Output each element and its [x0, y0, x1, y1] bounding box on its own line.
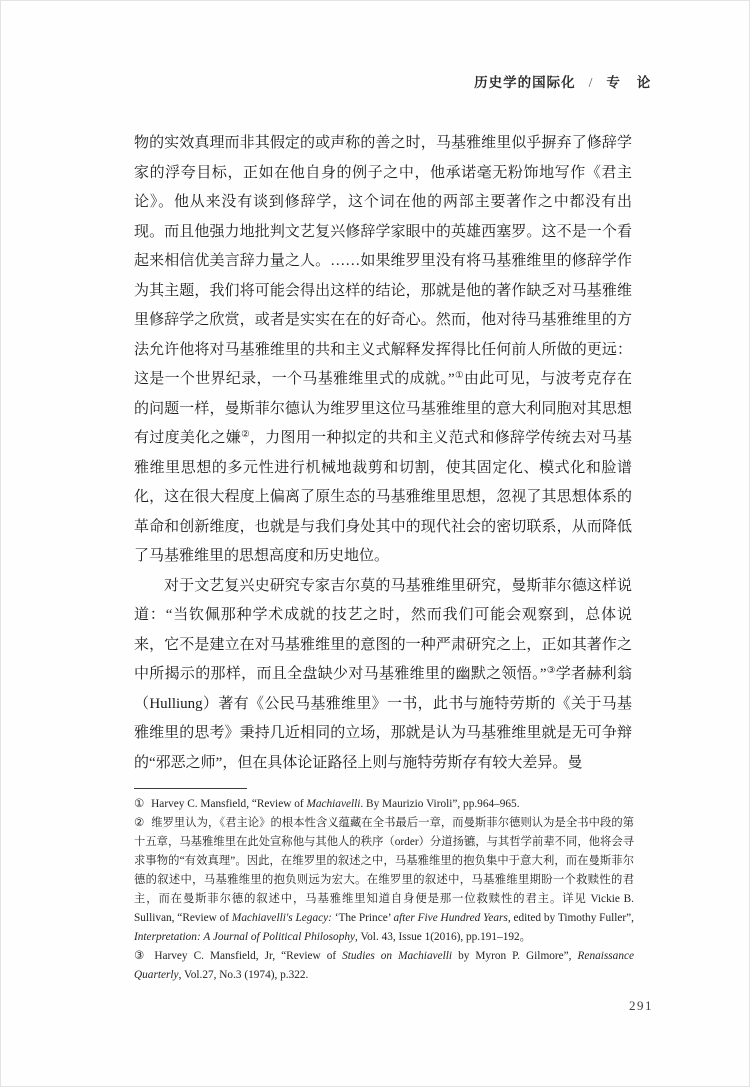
body-paragraph: 物的实效真理而非其假定的或声称的善之时，马基雅维里似乎摒弃了修辞学家的浮夸目标，… [134, 129, 632, 572]
footnote-item: ①Harvey C. Mansfield, “Review of Machiav… [134, 795, 634, 814]
header-section-title: 历史学的国际化 [474, 75, 576, 90]
header-column-title: 专 论 [606, 75, 657, 90]
footnote-reference: ③ [547, 666, 556, 676]
text-run: by Myron P. Gilmore”, [452, 950, 577, 962]
footnote-marker: ② [134, 817, 144, 829]
italic-title-text: Studies on Machiavelli [342, 950, 452, 962]
footnote-marker: ① [134, 798, 144, 810]
footnote-separator-line [134, 788, 247, 789]
footnote-item: ③Harvey C. Mansfield, Jr, “Review of Stu… [134, 947, 634, 985]
scanned-book-page: 历史学的国际化/专 论 物的实效真理而非其假定的或声称的善之时，马基雅维里似乎摒… [0, 0, 750, 1087]
footnote-reference: ② [241, 430, 250, 440]
text-run: ，力图用一种拟定的共和主义范式和修辞学传统去对马基雅维里思想的多元性进行机械地裁… [134, 430, 632, 564]
body-paragraph: 对于文艺复兴史研究专家吉尔莫的马基雅维里研究，曼斯菲尔德这样说道：“当钦佩那种学… [134, 572, 632, 779]
text-run: Harvey C. Mansfield, Jr, “Review of [154, 950, 342, 962]
italic-title-text: Machiavelli [306, 798, 360, 810]
italic-title-text: after Five Hundred Years [393, 912, 507, 924]
italic-title-text: Interpretation: A Journal of Political P… [134, 931, 355, 943]
text-run: 物的实效真理而非其假定的或声称的善之时，马基雅维里似乎摒弃了修辞学家的浮夸目标，… [134, 135, 632, 387]
text-run: , Vol.27, No.3 (1974), p.322. [179, 969, 309, 981]
footnotes-block: ①Harvey C. Mansfield, “Review of Machiav… [134, 795, 634, 985]
footnote-marker: ③ [134, 950, 147, 962]
text-run: . By Maurizio Viroli”, pp.964–965. [360, 798, 519, 810]
footnote-item: ②维罗里认为，《君主论》的根本性含义蕴藏在全书最后一章，而曼斯菲尔德则认为是全书… [134, 814, 634, 947]
running-header: 历史学的国际化/专 论 [474, 71, 657, 91]
text-run: ‘The Prince’ [335, 912, 394, 924]
text-run: , Vol. 43, Issue 1(2016), pp.191–192。 [355, 931, 531, 943]
italic-title-text: Machiavelli's Legacy: [232, 912, 335, 924]
text-run: , edited by Timothy Fuller”, [508, 912, 634, 924]
text-run: Harvey C. Mansfield, “Review of [151, 798, 306, 810]
header-separator-slash: / [589, 75, 594, 90]
text-run: 维罗里认为，《君主论》的根本性含义蕴藏在全书最后一章，而曼斯菲尔德则认为是全书中… [134, 817, 634, 924]
footnote-reference: ① [455, 371, 464, 381]
page-number: 291 [629, 998, 653, 1014]
body-text: 物的实效真理而非其假定的或声称的善之时，马基雅维里似乎摒弃了修辞学家的浮夸目标，… [134, 129, 632, 778]
